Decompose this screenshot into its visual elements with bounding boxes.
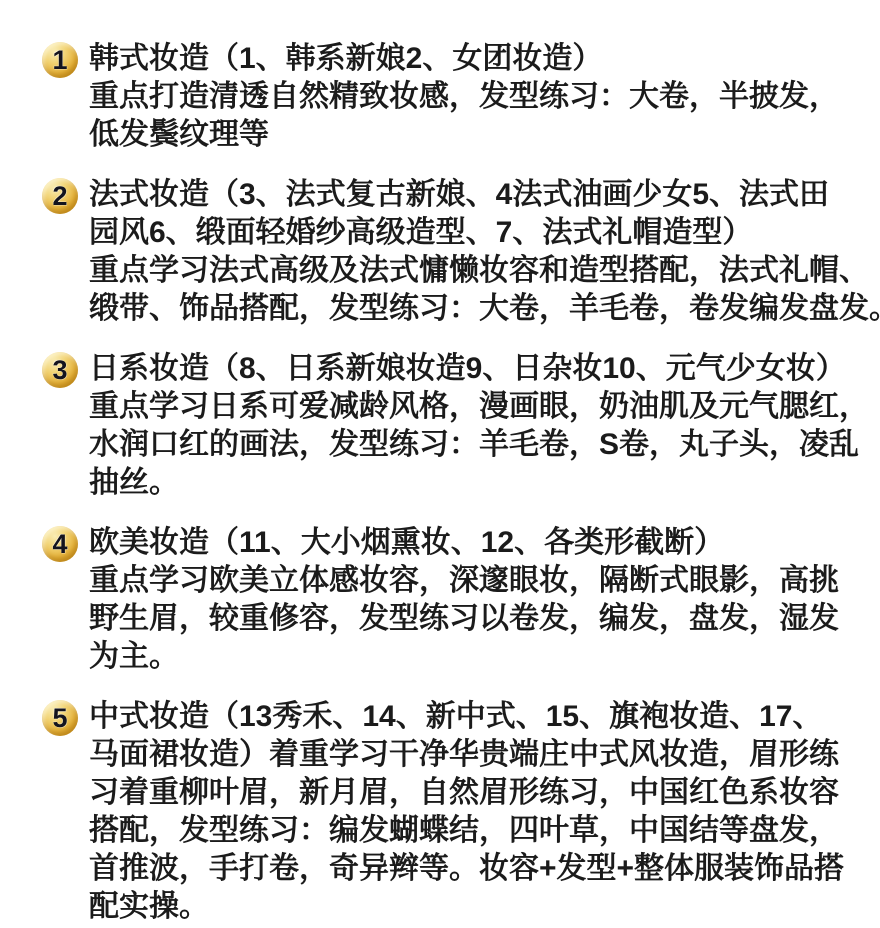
- course-section: 2 法式妆造（3、法式复古新娘、4法式油画少女5、法式田园风6、缎面轻婚纱高级造…: [42, 176, 850, 328]
- section-text-line: 野生眉，较重修容，发型练习以卷发，编发，盘发，湿发: [89, 600, 839, 638]
- section-text-line: 中式妆造（13秀禾、14、新中式、15、旗袍妆造、17、: [89, 698, 844, 736]
- section-number-badge: 2: [42, 178, 78, 214]
- section-text-line: 搭配，发型练习：编发蝴蝶结，四叶草，中国结等盘发，: [89, 812, 844, 850]
- course-outline: 1 韩式妆造（1、韩系新娘2、女团妆造）重点打造清透自然精致妆感，发型练习：大卷…: [0, 0, 880, 928]
- section-text-line: 重点学习日系可爱减龄风格，漫画眼，奶油肌及元气腮红，: [89, 388, 869, 426]
- section-text-line: 欧美妆造（11、大小烟熏妆、12、各类形截断）: [89, 524, 839, 562]
- section-text-line: 法式妆造（3、法式复古新娘、4法式油画少女5、法式田: [89, 176, 880, 214]
- section-text-line: 重点打造清透自然精致妆感，发型练习：大卷，半披发，: [89, 78, 839, 116]
- section-text-line: 园风6、缎面轻婚纱高级造型、7、法式礼帽造型）: [89, 214, 880, 252]
- section-text-line: 配实操。: [89, 888, 844, 926]
- section-number-badge: 5: [42, 700, 78, 736]
- section-text-line: 马面裙妆造）着重学习干净华贵端庄中式风妆造，眉形练: [89, 736, 844, 774]
- section-number: 2: [52, 183, 67, 210]
- course-section: 4 欧美妆造（11、大小烟熏妆、12、各类形截断）重点学习欧美立体感妆容，深邃眼…: [42, 524, 850, 676]
- course-section: 5 中式妆造（13秀禾、14、新中式、15、旗袍妆造、17、马面裙妆造）着重学习…: [42, 698, 850, 926]
- section-number: 1: [52, 47, 67, 74]
- section-text-line: 低发鬓纹理等: [89, 116, 839, 154]
- section-text: 韩式妆造（1、韩系新娘2、女团妆造）重点打造清透自然精致妆感，发型练习：大卷，半…: [89, 40, 839, 154]
- course-section: 3 日系妆造（8、日系新娘妆造9、日杂妆10、元气少女妆）重点学习日系可爱减龄风…: [42, 350, 850, 502]
- section-text-line: 日系妆造（8、日系新娘妆造9、日杂妆10、元气少女妆）: [89, 350, 869, 388]
- section-number-badge: 3: [42, 352, 78, 388]
- section-number: 5: [52, 705, 67, 732]
- section-number: 3: [52, 357, 67, 384]
- section-text-line: 重点学习法式高级及法式慵懒妆容和造型搭配，法式礼帽、: [89, 252, 880, 290]
- section-text: 中式妆造（13秀禾、14、新中式、15、旗袍妆造、17、马面裙妆造）着重学习干净…: [89, 698, 844, 926]
- section-number: 4: [52, 531, 67, 558]
- section-text-line: 缎带、饰品搭配，发型练习：大卷，羊毛卷，卷发编发盘发。: [89, 290, 880, 328]
- section-text: 法式妆造（3、法式复古新娘、4法式油画少女5、法式田园风6、缎面轻婚纱高级造型、…: [89, 176, 880, 328]
- section-text: 日系妆造（8、日系新娘妆造9、日杂妆10、元气少女妆）重点学习日系可爱减龄风格，…: [89, 350, 869, 502]
- section-text-line: 水润口红的画法，发型练习：羊毛卷，S卷，丸子头，凌乱: [89, 426, 869, 464]
- section-number-badge: 4: [42, 526, 78, 562]
- section-text: 欧美妆造（11、大小烟熏妆、12、各类形截断）重点学习欧美立体感妆容，深邃眼妆，…: [89, 524, 839, 676]
- section-text-line: 首推波，手打卷，奇异辫等。妆容+发型+整体服装饰品搭: [89, 850, 844, 888]
- section-number-badge: 1: [42, 42, 78, 78]
- section-text-line: 重点学习欧美立体感妆容，深邃眼妆，隔断式眼影，高挑: [89, 562, 839, 600]
- section-text-line: 习着重柳叶眉，新月眉，自然眉形练习，中国红色系妆容: [89, 774, 844, 812]
- section-text-line: 为主。: [89, 638, 839, 676]
- course-section: 1 韩式妆造（1、韩系新娘2、女团妆造）重点打造清透自然精致妆感，发型练习：大卷…: [42, 40, 850, 154]
- section-text-line: 抽丝。: [89, 464, 869, 502]
- section-text-line: 韩式妆造（1、韩系新娘2、女团妆造）: [89, 40, 839, 78]
